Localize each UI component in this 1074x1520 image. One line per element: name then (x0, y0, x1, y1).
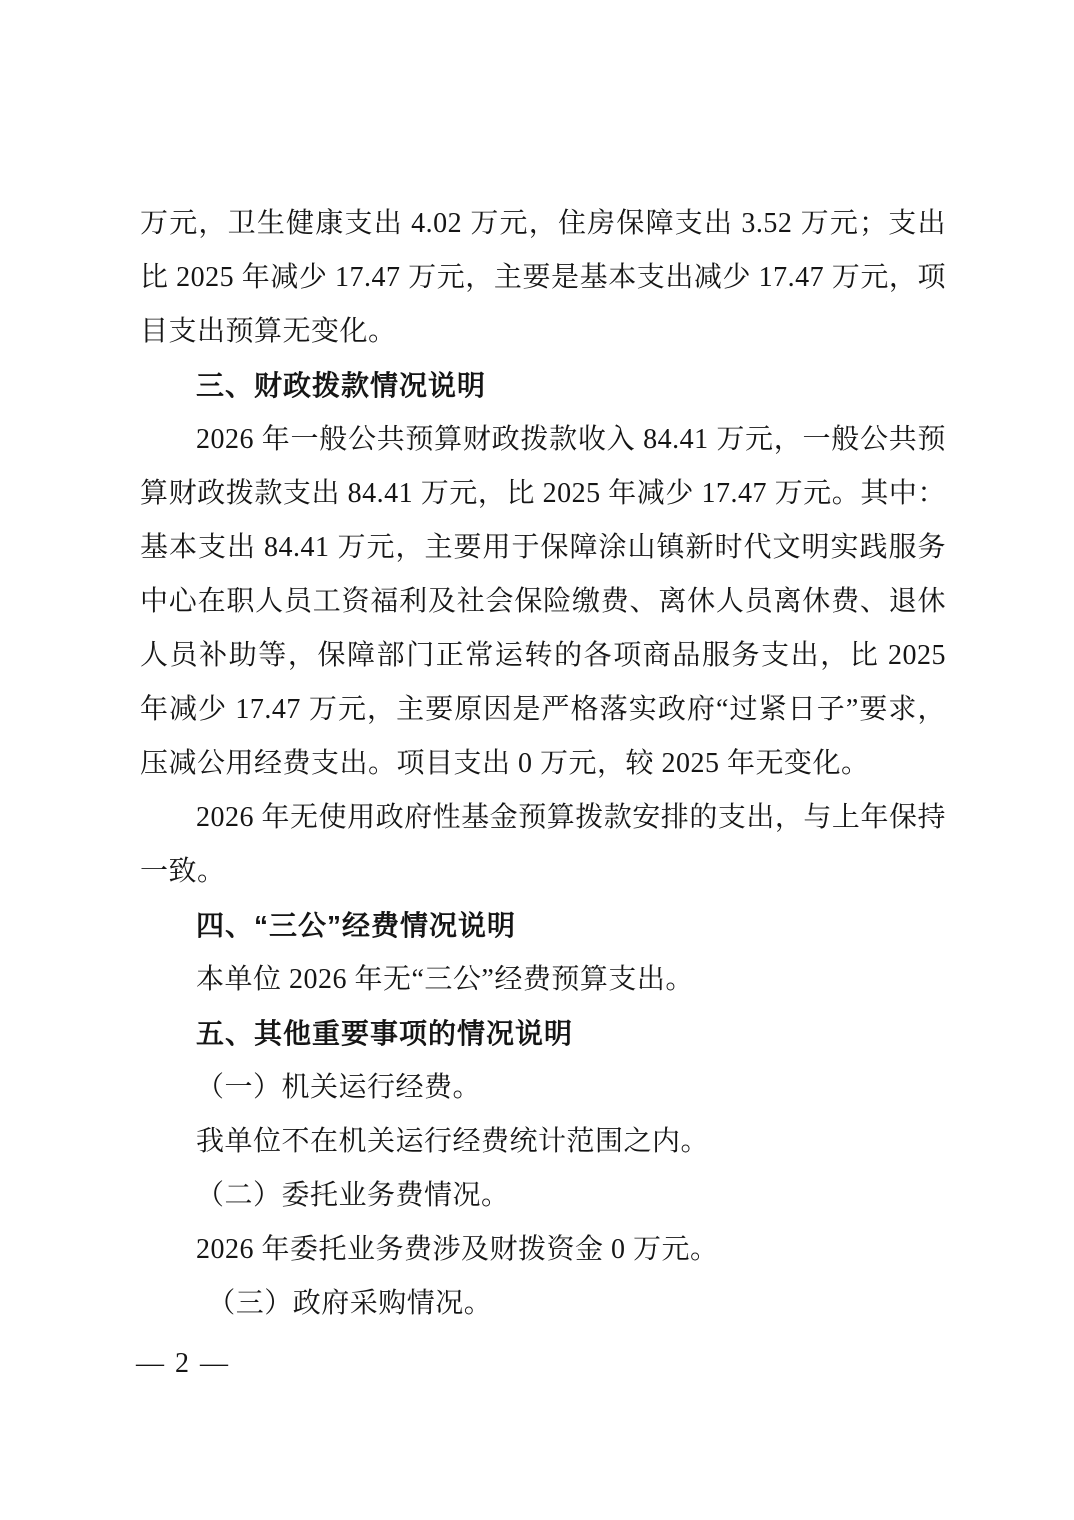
paragraph-item-2-entrusted-business-fees: （二）委托业务费情况。 (140, 1169, 946, 1223)
paragraph-item-1-agency-operating-funds: （一）机关运行经费。 (140, 1061, 946, 1115)
paragraph-item-3-government-procurement: （三）政府采购情况。 (140, 1277, 946, 1331)
document-body: 万元，卫生健康支出 4.02 万元，住房保障支出 3.52 万元；支出比 202… (140, 197, 946, 1331)
paragraph-government-fund-budget: 2026 年无使用政府性基金预算拨款安排的支出，与上年保持一致。 (140, 791, 946, 899)
paragraph-agency-operating-funds-detail: 我单位不在机关运行经费统计范围之内。 (140, 1115, 946, 1169)
section-heading-fiscal-appropriation: 三、财政拨款情况说明 (140, 359, 946, 413)
document-page: 万元，卫生健康支出 4.02 万元，住房保障支出 3.52 万元；支出比 202… (0, 0, 1074, 1520)
paragraph-expenditure-continuation: 万元，卫生健康支出 4.02 万元，住房保障支出 3.52 万元；支出比 202… (140, 197, 946, 359)
page-number: — 2 — (136, 1348, 230, 1380)
paragraph-entrusted-business-fees-detail: 2026 年委托业务费涉及财拨资金 0 万元。 (140, 1223, 946, 1277)
section-heading-other-important-matters: 五、其他重要事项的情况说明 (140, 1007, 946, 1061)
paragraph-three-public-expenses: 本单位 2026 年无“三公”经费预算支出。 (140, 953, 946, 1007)
section-heading-three-public-expenses: 四、“三公”经费情况说明 (140, 899, 946, 953)
paragraph-fiscal-appropriation-detail: 2026 年一般公共预算财政拨款收入 84.41 万元，一般公共预算财政拨款支出… (140, 413, 946, 791)
